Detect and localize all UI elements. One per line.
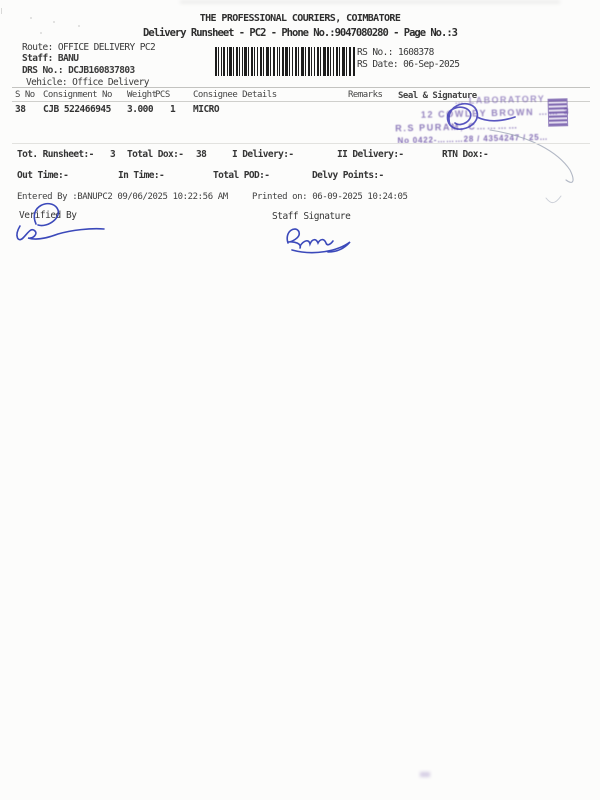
staff-signature-label: Staff Signature bbox=[272, 211, 350, 222]
rs-date-field: RS Date: 06-Sep-2025 bbox=[357, 59, 459, 70]
scan-speck bbox=[30, 17, 32, 19]
table-rule-top bbox=[12, 87, 590, 88]
stamp-line-2: 12 COWLEY BROWN …… 3 bbox=[421, 106, 571, 120]
page-title: THE PROFESSIONAL COURIERS, COIMBATORE bbox=[35, 13, 565, 24]
scan-noise-band bbox=[180, 0, 560, 4]
stamp-smudge bbox=[420, 772, 430, 777]
cell-consignment-no: CJB 522466945 bbox=[43, 104, 111, 115]
in-time-label: In Time:- bbox=[118, 170, 164, 181]
verified-by-signature bbox=[6, 196, 116, 248]
col-header-weight: Weight bbox=[127, 90, 157, 100]
table-rule-under-header bbox=[12, 101, 590, 102]
total-dox-label: Total Dox:- bbox=[127, 149, 183, 160]
stamp-emblem-icon bbox=[549, 99, 568, 125]
tot-runsheet-value: 3 bbox=[110, 149, 115, 160]
cell-pcs: 1 bbox=[170, 104, 175, 115]
col-header-consignment: Consignment No bbox=[43, 90, 112, 100]
col-header-seal-signature: Seal & Signature bbox=[398, 91, 477, 101]
stray-pen-stroke bbox=[478, 100, 600, 215]
cell-weight: 3.000 bbox=[127, 104, 153, 115]
drs-no-field: DRS No.: DCJB160837803 bbox=[22, 65, 135, 76]
rs-no-field: RS No.: 1608378 bbox=[357, 47, 434, 58]
tot-runsheet-label: Tot. Runsheet:- bbox=[17, 149, 94, 160]
col-header-sno: S No bbox=[15, 90, 35, 100]
col-header-remarks: Remarks bbox=[348, 90, 382, 100]
staff-signature bbox=[276, 219, 371, 255]
delvy-points-label: Delvy Points:- bbox=[312, 170, 384, 181]
scan-speck bbox=[1, 8, 2, 14]
total-pod-label: Total POD:- bbox=[213, 170, 269, 181]
out-time-label: Out Time:- bbox=[17, 170, 68, 181]
col-header-pcs: PCS bbox=[155, 90, 170, 100]
route-field: Route: OFFICE DELIVERY PC2 bbox=[22, 42, 155, 53]
stamp-line-3: R.S PURAM, C………… bbox=[395, 120, 519, 133]
cell-consignee-details: MICRO bbox=[193, 104, 219, 115]
verified-by-label: Verified By bbox=[19, 210, 76, 221]
i-delivery-label: I Delivery:- bbox=[232, 149, 293, 160]
barcode bbox=[215, 47, 356, 76]
page-subtitle: Delivery Runsheet - PC2 - Phone No.:9047… bbox=[35, 27, 565, 39]
entered-by-text: Entered By :BANUPC2 09/06/2025 10:22:56 … bbox=[17, 192, 228, 202]
printed-on-text: Printed on: 06-09-2025 10:24:05 bbox=[252, 192, 408, 202]
rtn-dox-label: RTN Dox:- bbox=[442, 149, 488, 160]
seal-signature-scribble bbox=[415, 95, 525, 145]
cell-sno: 38 bbox=[15, 104, 25, 115]
totals-rule bbox=[12, 143, 590, 144]
staff-field: Staff: BANU bbox=[22, 53, 78, 64]
scanned-delivery-runsheet: THE PROFESSIONAL COURIERS, COIMBATORE De… bbox=[0, 0, 600, 800]
total-dox-value: 38 bbox=[196, 149, 206, 160]
col-header-consignee: Consignee Details bbox=[193, 90, 277, 100]
ii-delivery-label: II Delivery:- bbox=[337, 149, 404, 160]
